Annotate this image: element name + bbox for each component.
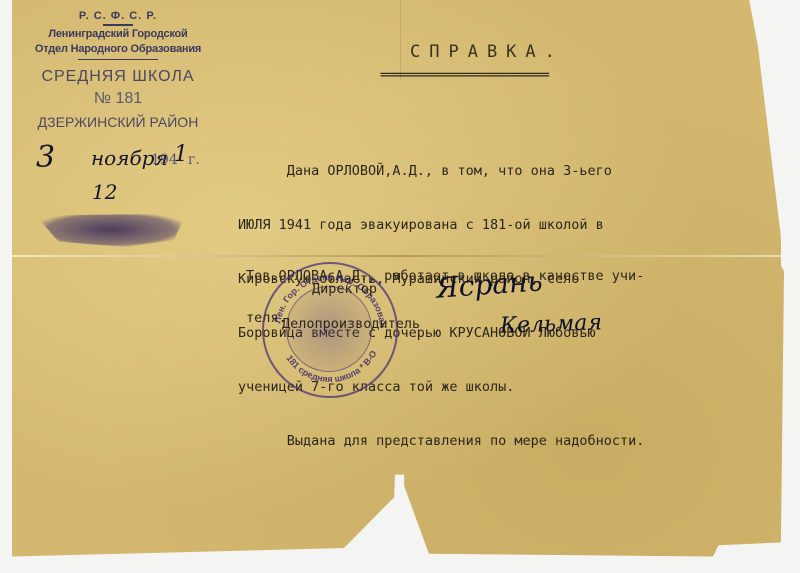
stamp-city-dept: Ленинградский Городской bbox=[28, 27, 208, 42]
body-line: Выдана для представления по мере надобно… bbox=[238, 432, 798, 450]
svg-text:181 средняя школа * В-О: 181 средняя школа * В-О bbox=[284, 349, 378, 384]
document-title: СПРАВКА. bbox=[410, 42, 564, 62]
stamp-district: ДЗЕРЖИНСКИЙ РАЙОН bbox=[28, 114, 208, 130]
stamp-rsfsr: Р. С. Ф. С. Р. bbox=[28, 10, 208, 22]
date-year-suffix: г. bbox=[188, 152, 200, 168]
stamp-rule-2 bbox=[78, 59, 158, 60]
stamp-school-number: № 181 bbox=[28, 90, 208, 108]
clerk-signature: Кельмая bbox=[500, 310, 603, 339]
stamp-education-dept: Отдел Народного Образования bbox=[28, 42, 208, 57]
stamp-rule bbox=[103, 24, 133, 26]
body-line: Дана ОРЛОВОЙ,А.Д., в том, что она 3-ьего bbox=[238, 162, 798, 180]
date-year-hand: 1 bbox=[174, 142, 188, 167]
director-label: Директор bbox=[312, 281, 377, 297]
school-header-stamp: Р. С. Ф. С. Р. Ленинградский Городской О… bbox=[28, 4, 208, 130]
stamp-school: СРЕДНЯЯ ШКОЛА bbox=[28, 68, 208, 86]
title-underline: ============================== bbox=[380, 68, 549, 81]
document-number: 12 bbox=[92, 180, 117, 204]
clerk-label: Делопроизводитель bbox=[282, 316, 420, 332]
body-line: ИЮЛЯ 1941 года эвакуирована с 181-ой шко… bbox=[238, 216, 798, 234]
date-day: 3 bbox=[36, 140, 55, 175]
